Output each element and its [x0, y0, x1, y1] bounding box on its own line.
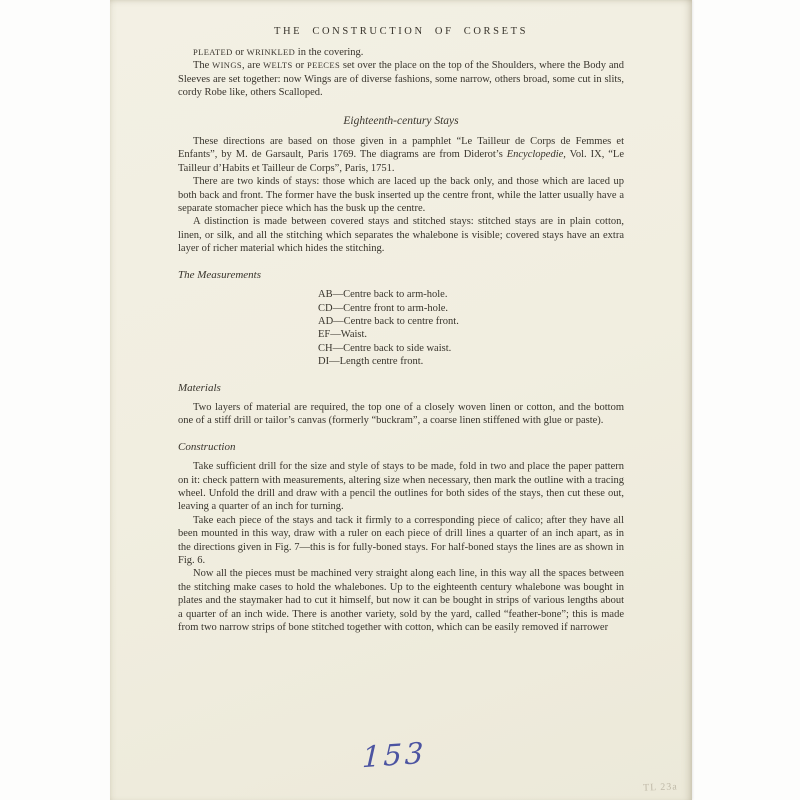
measurement-item: AB—Centre back to arm-hole.	[318, 288, 624, 301]
text-segment: A distinction is made between covered st…	[178, 216, 624, 254]
paragraph-wings: The WINGS, are WELTS or PEECES set over …	[178, 59, 624, 99]
section-heading-construction: Construction	[178, 441, 624, 454]
text-segment: in the covering.	[295, 47, 363, 58]
text-segment: Take sufficient drill for the size and s…	[178, 461, 624, 512]
text-segment: Now all the pieces must be machined very…	[178, 568, 624, 633]
scan-background: THE CONSTRUCTION OF CORSETS PLEATED or W…	[0, 0, 800, 800]
running-head: THE CONSTRUCTION OF CORSETS	[110, 0, 692, 37]
text-segment: PEECES	[307, 60, 340, 70]
pencil-annotation: TL 23a	[643, 781, 678, 793]
text-segment: PLEATED	[193, 47, 233, 57]
text-segment: Two layers of material are required, the…	[178, 402, 624, 426]
text-segment: or	[233, 47, 247, 58]
text-segment: or	[293, 60, 307, 71]
page-content: PLEATED or WRINKLED in the covering. The…	[178, 46, 624, 634]
paragraph-take-piece: Take each piece of the stays and tack it…	[178, 514, 624, 568]
paragraph-directions: These directions are based on those give…	[178, 135, 624, 175]
text-segment: , are	[242, 60, 263, 71]
text-segment: The	[193, 60, 212, 71]
paragraph-machined: Now all the pieces must be machined very…	[178, 567, 624, 634]
paragraph-distinction: A distinction is made between covered st…	[178, 215, 624, 255]
text-segment: Encyclopedie	[507, 149, 564, 160]
text-segment: Take each piece of the stays and tack it…	[178, 515, 624, 566]
paragraph-take-drill: Take sufficient drill for the size and s…	[178, 460, 624, 514]
handwritten-page-number: 153	[361, 736, 426, 775]
section-heading-materials: Materials	[178, 382, 624, 395]
measurement-list: AB—Centre back to arm-hole.CD—Centre fro…	[318, 288, 624, 368]
paragraph-two-kinds: There are two kinds of stays: those whic…	[178, 175, 624, 215]
text-segment: There are two kinds of stays: those whic…	[178, 176, 624, 214]
measurement-item: EF—Waist.	[318, 328, 624, 341]
measurement-item: CD—Centre front to arm-hole.	[318, 302, 624, 315]
measurement-item: AD—Centre back to centre front.	[318, 315, 624, 328]
book-page: THE CONSTRUCTION OF CORSETS PLEATED or W…	[110, 0, 692, 800]
paragraph-materials: Two layers of material are required, the…	[178, 401, 624, 428]
text-segment: WINGS	[212, 60, 242, 70]
text-segment: WRINKLED	[247, 47, 296, 57]
section-heading-stays: Eighteenth-century Stays	[178, 115, 624, 128]
section-heading-measurements: The Measurements	[178, 269, 624, 282]
text-segment: WELTS	[263, 60, 293, 70]
measurement-item: CH—Centre back to side waist.	[318, 342, 624, 355]
paragraph-pleated: PLEATED or WRINKLED in the covering.	[178, 46, 624, 59]
measurement-item: DI—Length centre front.	[318, 355, 624, 368]
